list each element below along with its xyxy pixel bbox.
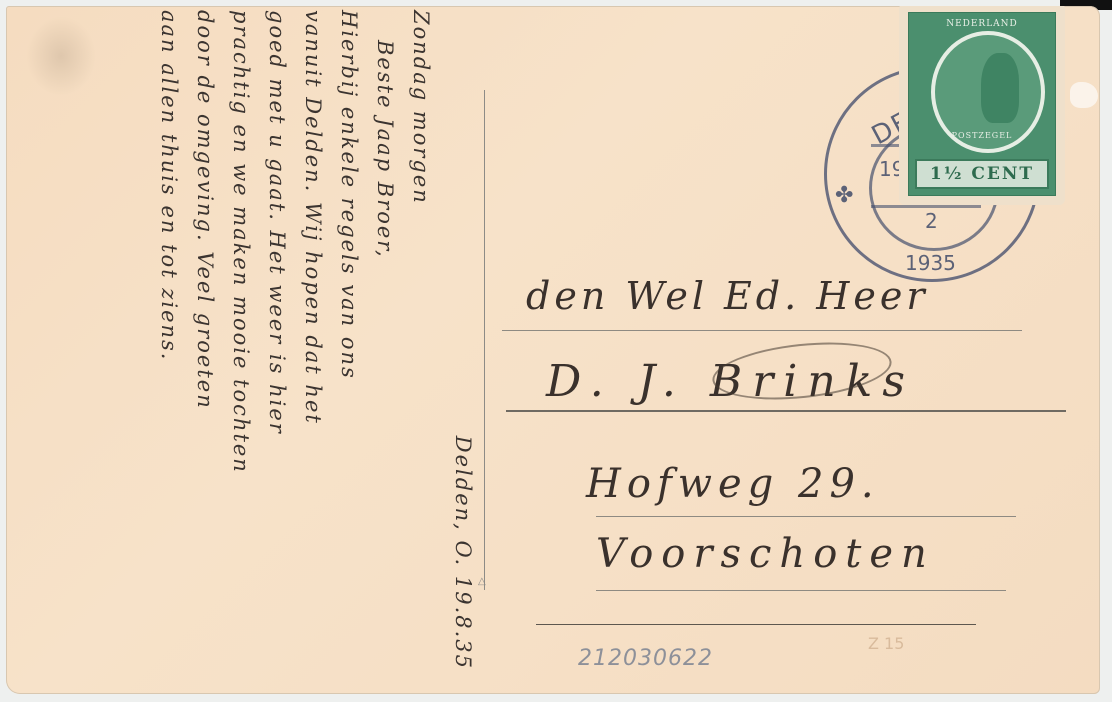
pencil-note: Z 15	[868, 634, 904, 653]
address-rule	[596, 516, 1016, 517]
postcard: Delden, O. 19.8.35 Zondag morgen Beste J…	[6, 6, 1100, 694]
address-salutation: den Wel Ed. Heer	[526, 274, 929, 318]
address-rule	[502, 330, 1022, 331]
postmark-hour: 2	[925, 209, 938, 233]
postmark-bar	[871, 205, 981, 208]
message-line: prachtig en we maken mooie tochten	[223, 10, 259, 690]
stamp-country: NEDERLAND	[909, 19, 1055, 29]
message-line: door de omgeving. Veel groeten	[187, 10, 223, 690]
message-area: Delden, O. 19.8.35 Zondag morgen Beste J…	[6, 6, 486, 694]
archive-number: 212030622	[578, 646, 713, 671]
address-rule	[536, 624, 976, 625]
stamp-value: 1½ CENT	[915, 159, 1049, 189]
center-divider	[484, 90, 485, 590]
postmark-year: 1935	[905, 251, 956, 275]
address-rule	[596, 590, 1006, 591]
message-line: vanuit Delden. Wij hopen dat het	[295, 10, 331, 690]
address-rule	[506, 410, 1066, 412]
message-salutation: Beste Jaap Broer,	[367, 10, 403, 690]
stamp-frame: NEDERLAND POSTZEGEL 1½ CENT	[908, 12, 1056, 196]
divider-mark: △	[478, 576, 486, 587]
message-place-date: Delden, O. 19.8.35	[445, 10, 481, 690]
postage-stamp: NEDERLAND POSTZEGEL 1½ CENT	[902, 6, 1062, 202]
address-city: Voorschoten	[596, 531, 935, 577]
message-line: aan allen thuis en tot ziens.	[151, 10, 187, 690]
stamp-caption: POSTZEGEL	[909, 131, 1055, 140]
message-line: goed met u gaat. Het weer is hier	[259, 10, 295, 690]
queen-portrait-icon	[981, 53, 1019, 123]
handwritten-message: Delden, O. 19.8.35 Zondag morgen Beste J…	[11, 10, 481, 690]
postmark-cross-icon: ✤	[835, 183, 853, 208]
address-street: Hofweg 29.	[586, 461, 880, 507]
paper-tear	[1070, 82, 1098, 108]
postmark-date: 19	[879, 157, 904, 181]
message-line: Hierbij enkele regels van ons	[331, 10, 367, 690]
message-line: Zondag morgen	[403, 10, 439, 690]
